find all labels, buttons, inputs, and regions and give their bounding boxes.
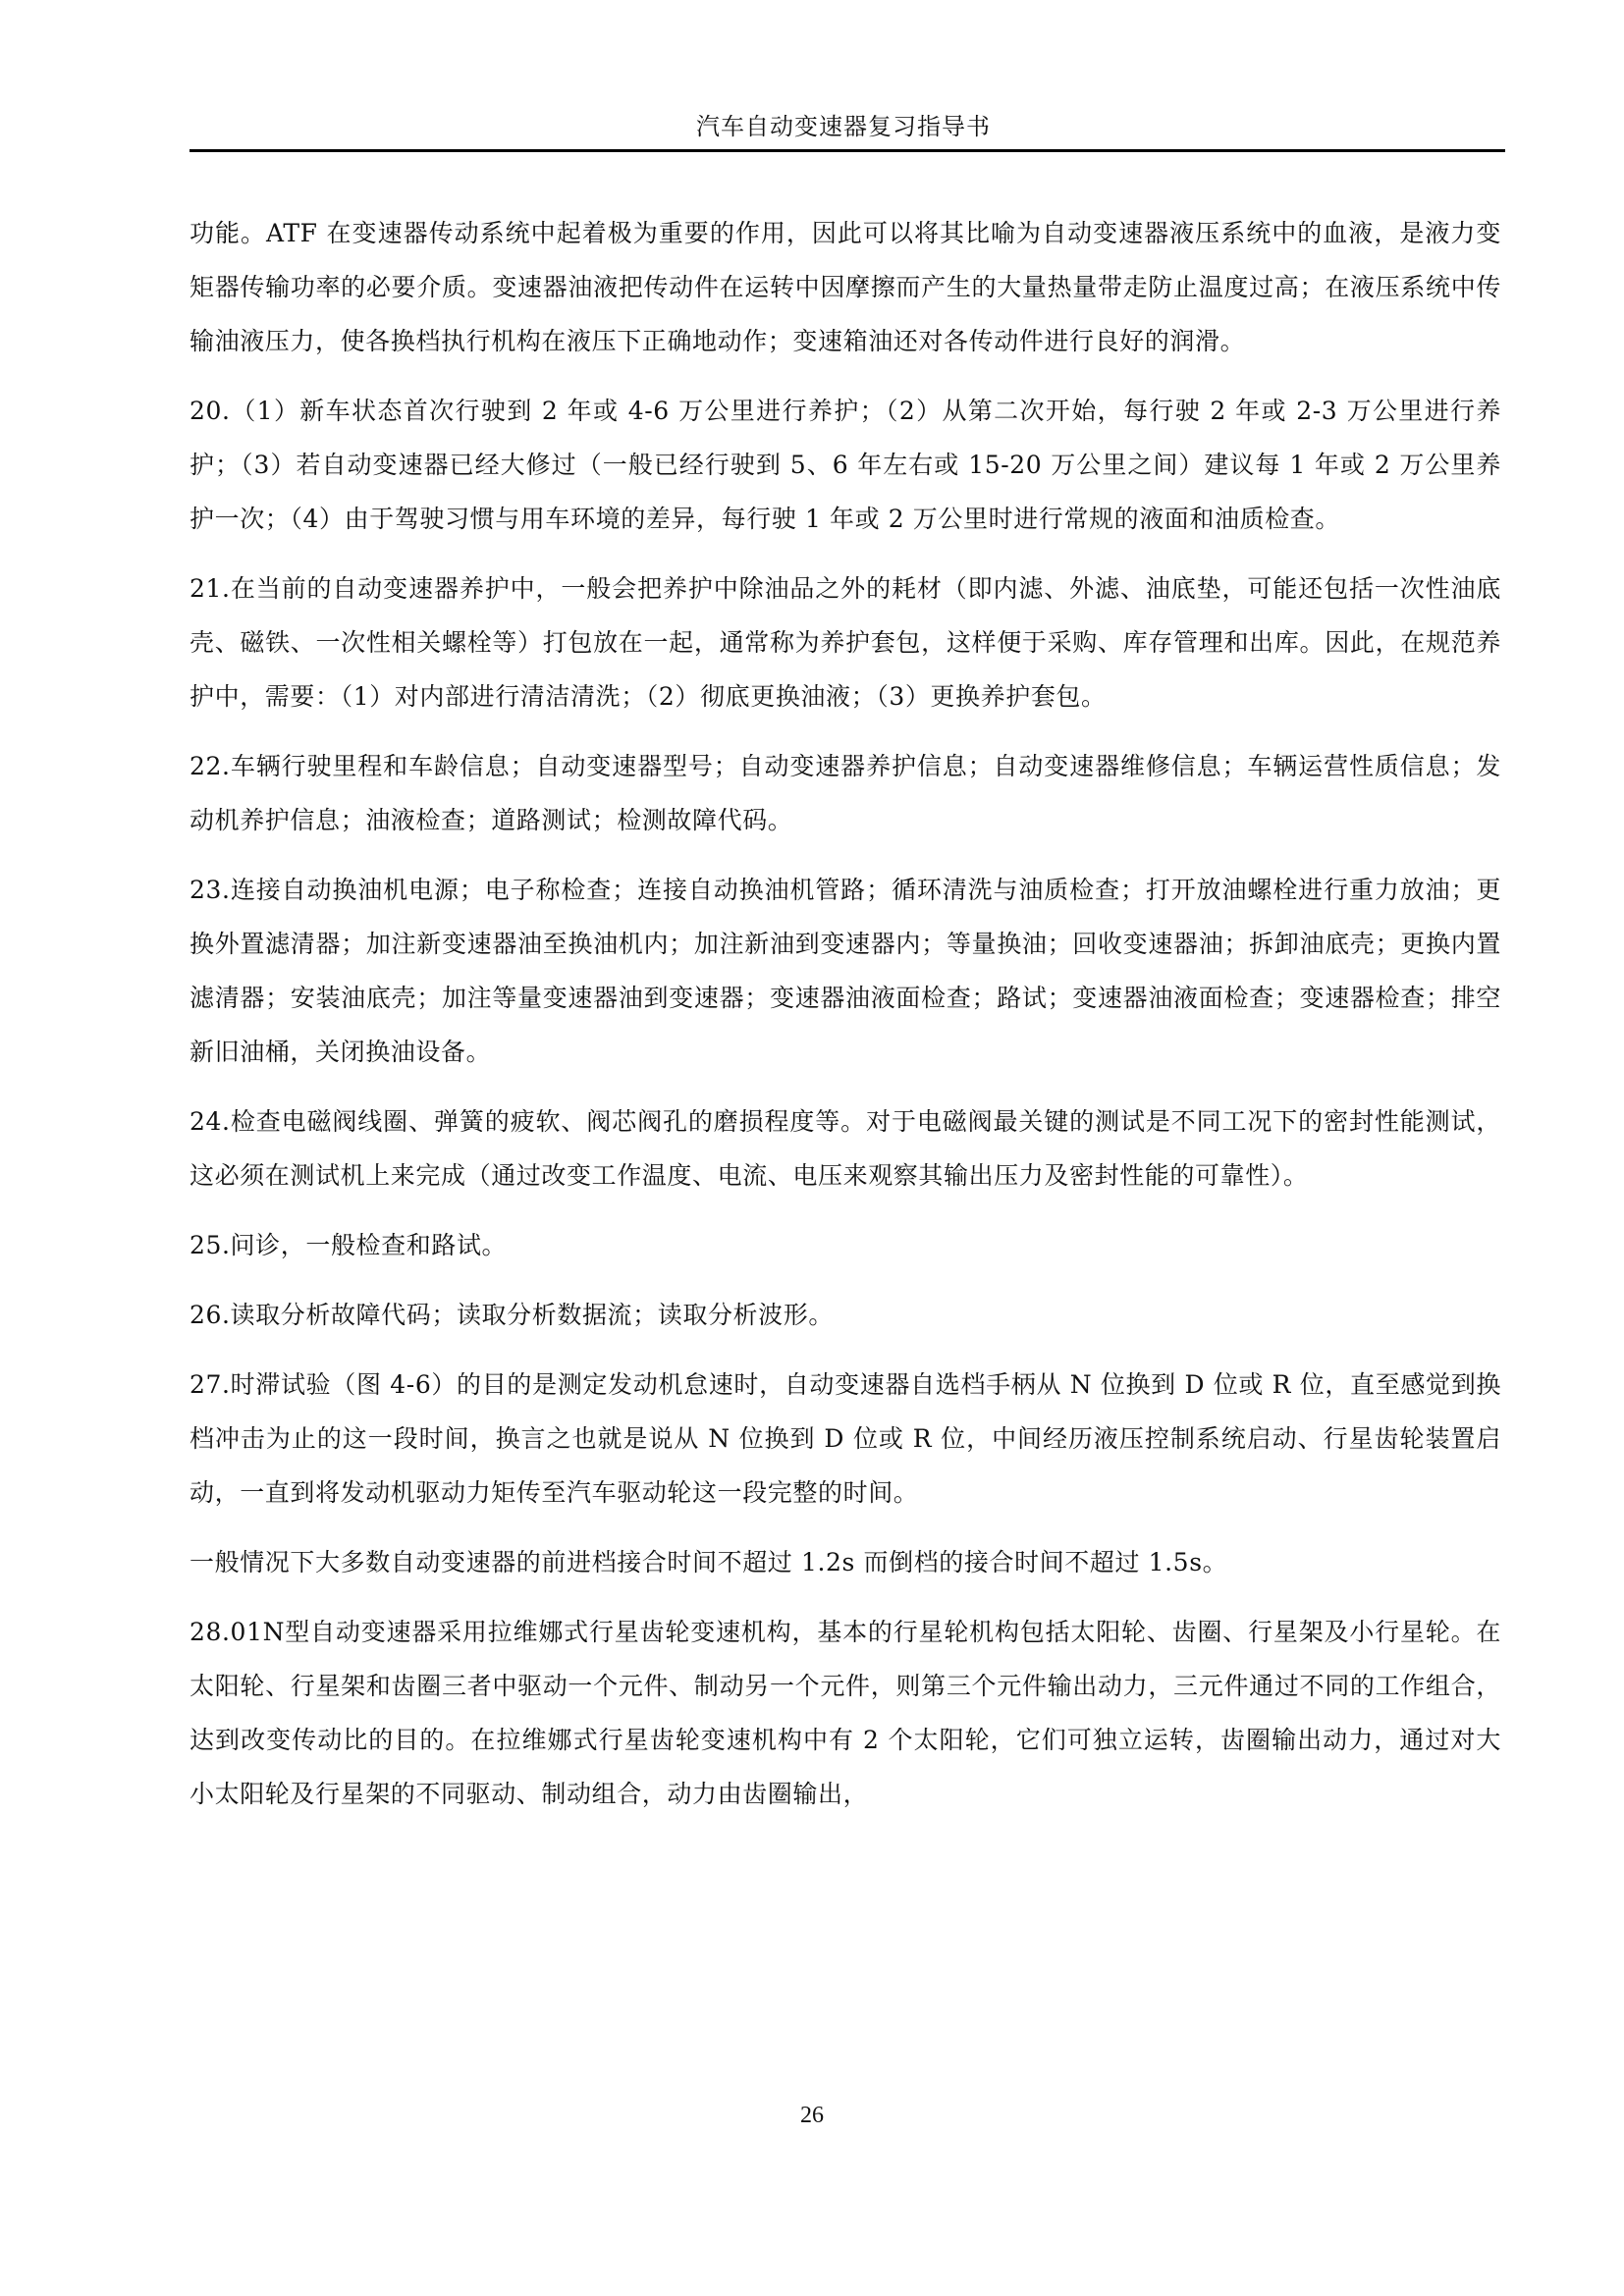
paragraph-answer-22: 22.车辆行驶里程和车龄信息；自动变速器型号；自动变速器养护信息；自动变速器维修… — [189, 739, 1501, 847]
paragraph-answer-28: 28.01N型自动变速器采用拉维娜式行星齿轮变速机构，基本的行星轮机构包括太阳轮… — [189, 1605, 1501, 1821]
page-number: 26 — [0, 2103, 1624, 2129]
paragraph-answer-27: 27.时滞试验（图 4-6）的目的是测定发动机怠速时，自动变速器自选档手柄从 N… — [189, 1358, 1501, 1520]
paragraph-answer-21: 21.在当前的自动变速器养护中，一般会把养护中除油品之外的耗材（即内滤、外滤、油… — [189, 561, 1501, 723]
paragraph-atf-function: 功能。ATF 在变速器传动系统中起着极为重要的作用，因此可以将其比喻为自动变速器… — [189, 206, 1501, 368]
paragraph-answer-27-note: 一般情况下大多数自动变速器的前进档接合时间不超过 1.2s 而倒档的接合时间不超… — [189, 1535, 1501, 1589]
running-header-title: 汽车自动变速器复习指导书 — [189, 112, 1497, 141]
paragraph-answer-23: 23.连接自动换油机电源；电子称检查；连接自动换油机管路；循环清洗与油质检查；打… — [189, 863, 1501, 1079]
header-rule-divider — [189, 149, 1505, 152]
paragraph-answer-26: 26.读取分析故障代码；读取分析数据流；读取分析波形。 — [189, 1288, 1501, 1342]
page-body: 功能。ATF 在变速器传动系统中起着极为重要的作用，因此可以将其比喻为自动变速器… — [189, 206, 1501, 1837]
paragraph-answer-25: 25.问诊，一般检查和路试。 — [189, 1218, 1501, 1272]
paragraph-answer-20: 20.（1）新车状态首次行驶到 2 年或 4-6 万公里进行养护；（2）从第二次… — [189, 384, 1501, 546]
paragraph-answer-24: 24.检查电磁阀线圈、弹簧的疲软、阀芯阀孔的磨损程度等。对于电磁阀最关键的测试是… — [189, 1095, 1501, 1202]
